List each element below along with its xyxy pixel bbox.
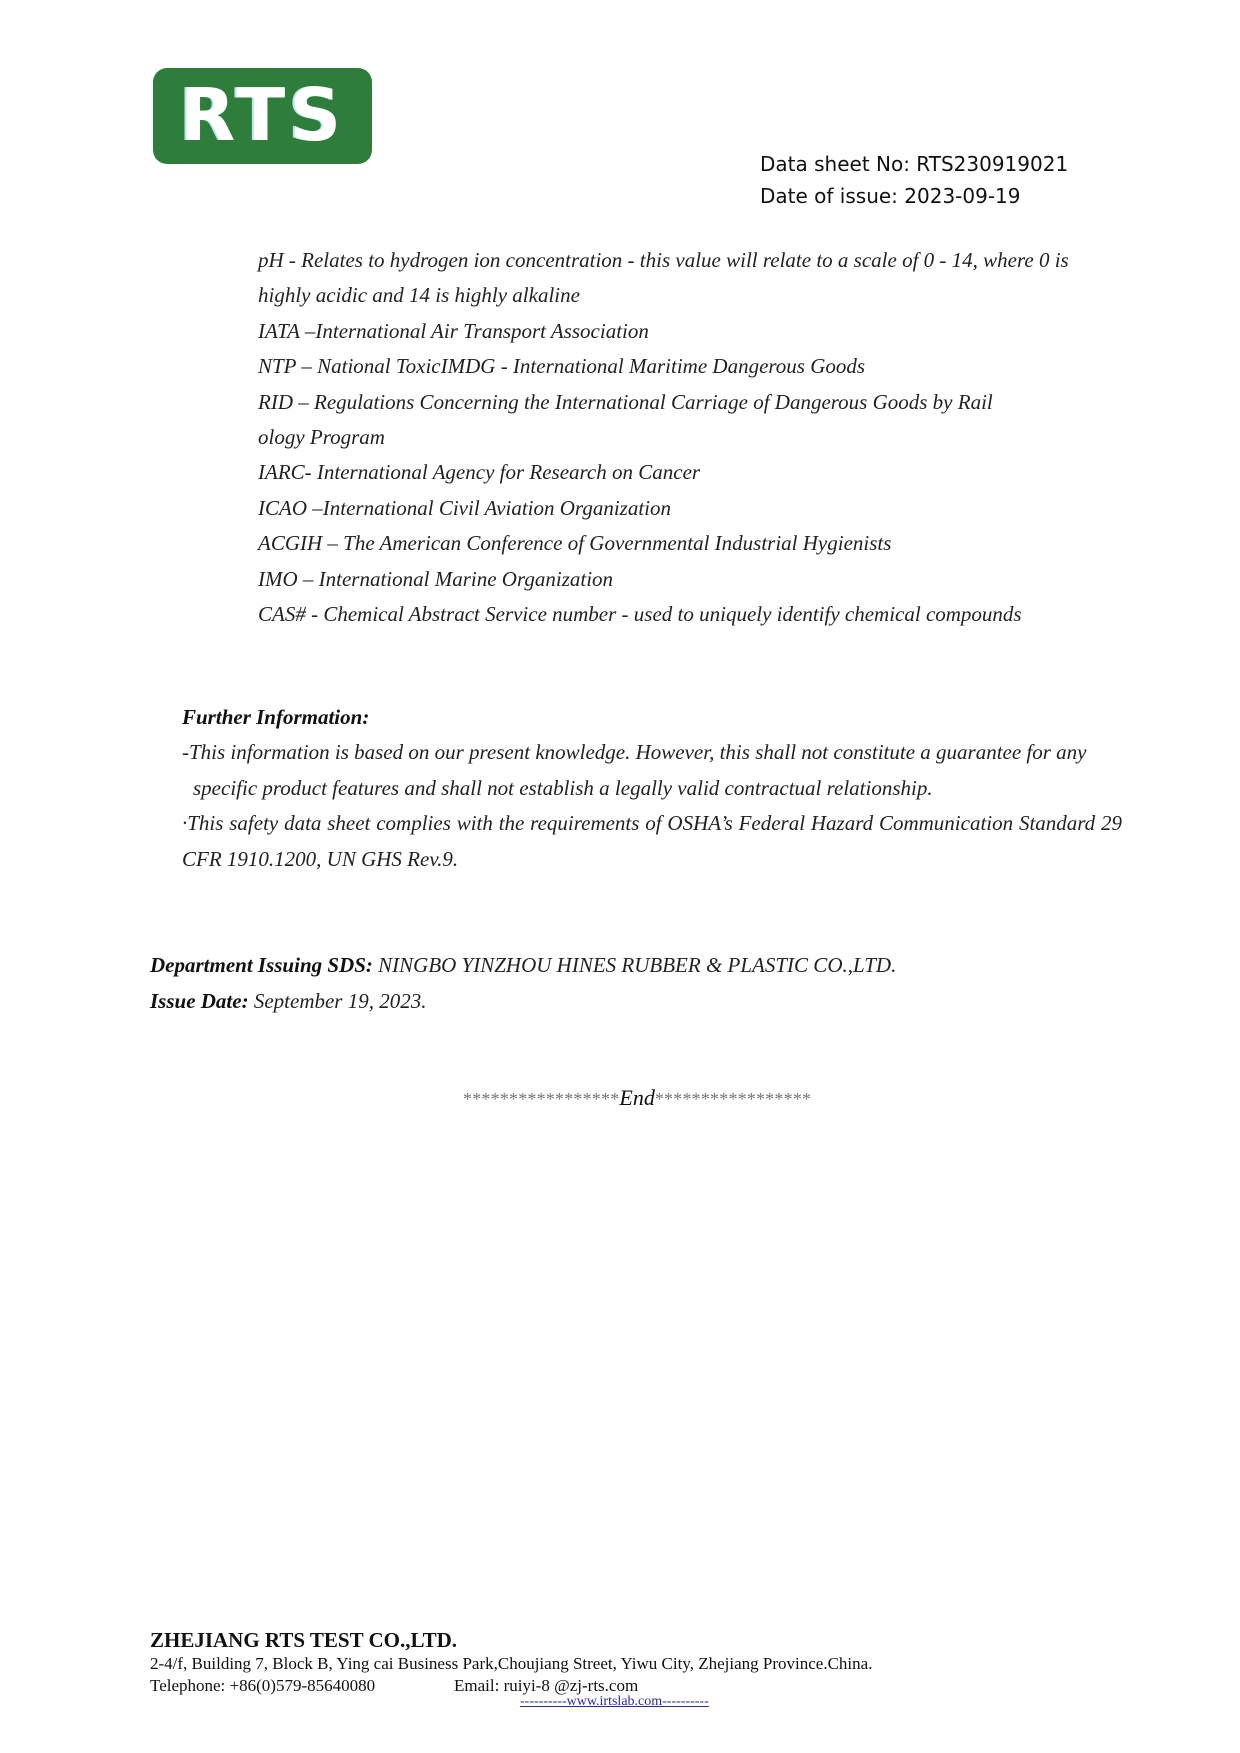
department-label: Department Issuing SDS: [150, 953, 373, 977]
footer-address: 2-4/f, Building 7, Block B, Ying cai Bus… [150, 1653, 872, 1675]
issue-date-value: September 19, 2023. [249, 989, 427, 1013]
end-marker: *****************End***************** [463, 1085, 811, 1111]
issuer-block: Department Issuing SDS: NINGBO YINZHOU H… [150, 947, 896, 1019]
glossary-line: IARC- International Agency for Research … [258, 455, 1118, 490]
abbreviation-glossary: pH - Relates to hydrogen ion concentrati… [258, 243, 1118, 632]
further-information-section: Further Information: -This information i… [182, 700, 1122, 877]
glossary-line: NTP – National ToxicIMDG - International… [258, 349, 1118, 384]
glossary-line: CAS# - Chemical Abstract Service number … [258, 597, 1118, 632]
glossary-line: ICAO –International Civil Aviation Organ… [258, 491, 1118, 526]
glossary-line: pH - Relates to hydrogen ion concentrati… [258, 243, 1118, 278]
page-footer: ZHEJIANG RTS TEST CO.,LTD. 2-4/f, Buildi… [150, 1627, 872, 1697]
footer-contact-row: Telephone: +86(0)579-85640080Email: ruiy… [150, 1675, 872, 1697]
document-meta: Data sheet No: RTS230919021 Date of issu… [760, 148, 1068, 212]
disclaimer-line-2: specific product features and shall not … [182, 771, 1122, 806]
stars-right: ***************** [655, 1089, 811, 1109]
glossary-line: highly acidic and 14 is highly alkaline [258, 278, 1118, 313]
section-heading: Further Information: [182, 700, 1122, 735]
compliance-statement: ·This safety data sheet complies with th… [182, 806, 1122, 877]
glossary-line: RID – Regulations Concerning the Interna… [258, 385, 1118, 420]
issue-date-label: Issue Date: [150, 989, 249, 1013]
department-issuing-row: Department Issuing SDS: NINGBO YINZHOU H… [150, 947, 896, 983]
rts-logo: RTS [153, 68, 372, 164]
date-of-issue: Date of issue: 2023-09-19 [760, 180, 1068, 212]
stars-left: ***************** [463, 1089, 619, 1109]
data-sheet-number: Data sheet No: RTS230919021 [760, 148, 1068, 180]
glossary-line: IMO – International Marine Organization [258, 562, 1118, 597]
issue-date-row: Issue Date: September 19, 2023. [150, 983, 896, 1019]
end-word: End [619, 1085, 654, 1110]
logo-text: RTS [180, 79, 345, 151]
department-value: NINGBO YINZHOU HINES RUBBER & PLASTIC CO… [373, 953, 896, 977]
footer-telephone: Telephone: +86(0)579-85640080 [150, 1675, 454, 1697]
footer-website-link[interactable]: ----------www.irtslab.com---------- [520, 1694, 709, 1710]
glossary-line: IATA –International Air Transport Associ… [258, 314, 1118, 349]
glossary-line: ology Program [258, 420, 1118, 455]
disclaimer-line-1: -This information is based on our presen… [182, 735, 1122, 770]
footer-email[interactable]: Email: ruiyi-8 @zj-rts.com [454, 1676, 638, 1695]
footer-company-name: ZHEJIANG RTS TEST CO.,LTD. [150, 1627, 872, 1653]
glossary-line: ACGIH – The American Conference of Gover… [258, 526, 1118, 561]
